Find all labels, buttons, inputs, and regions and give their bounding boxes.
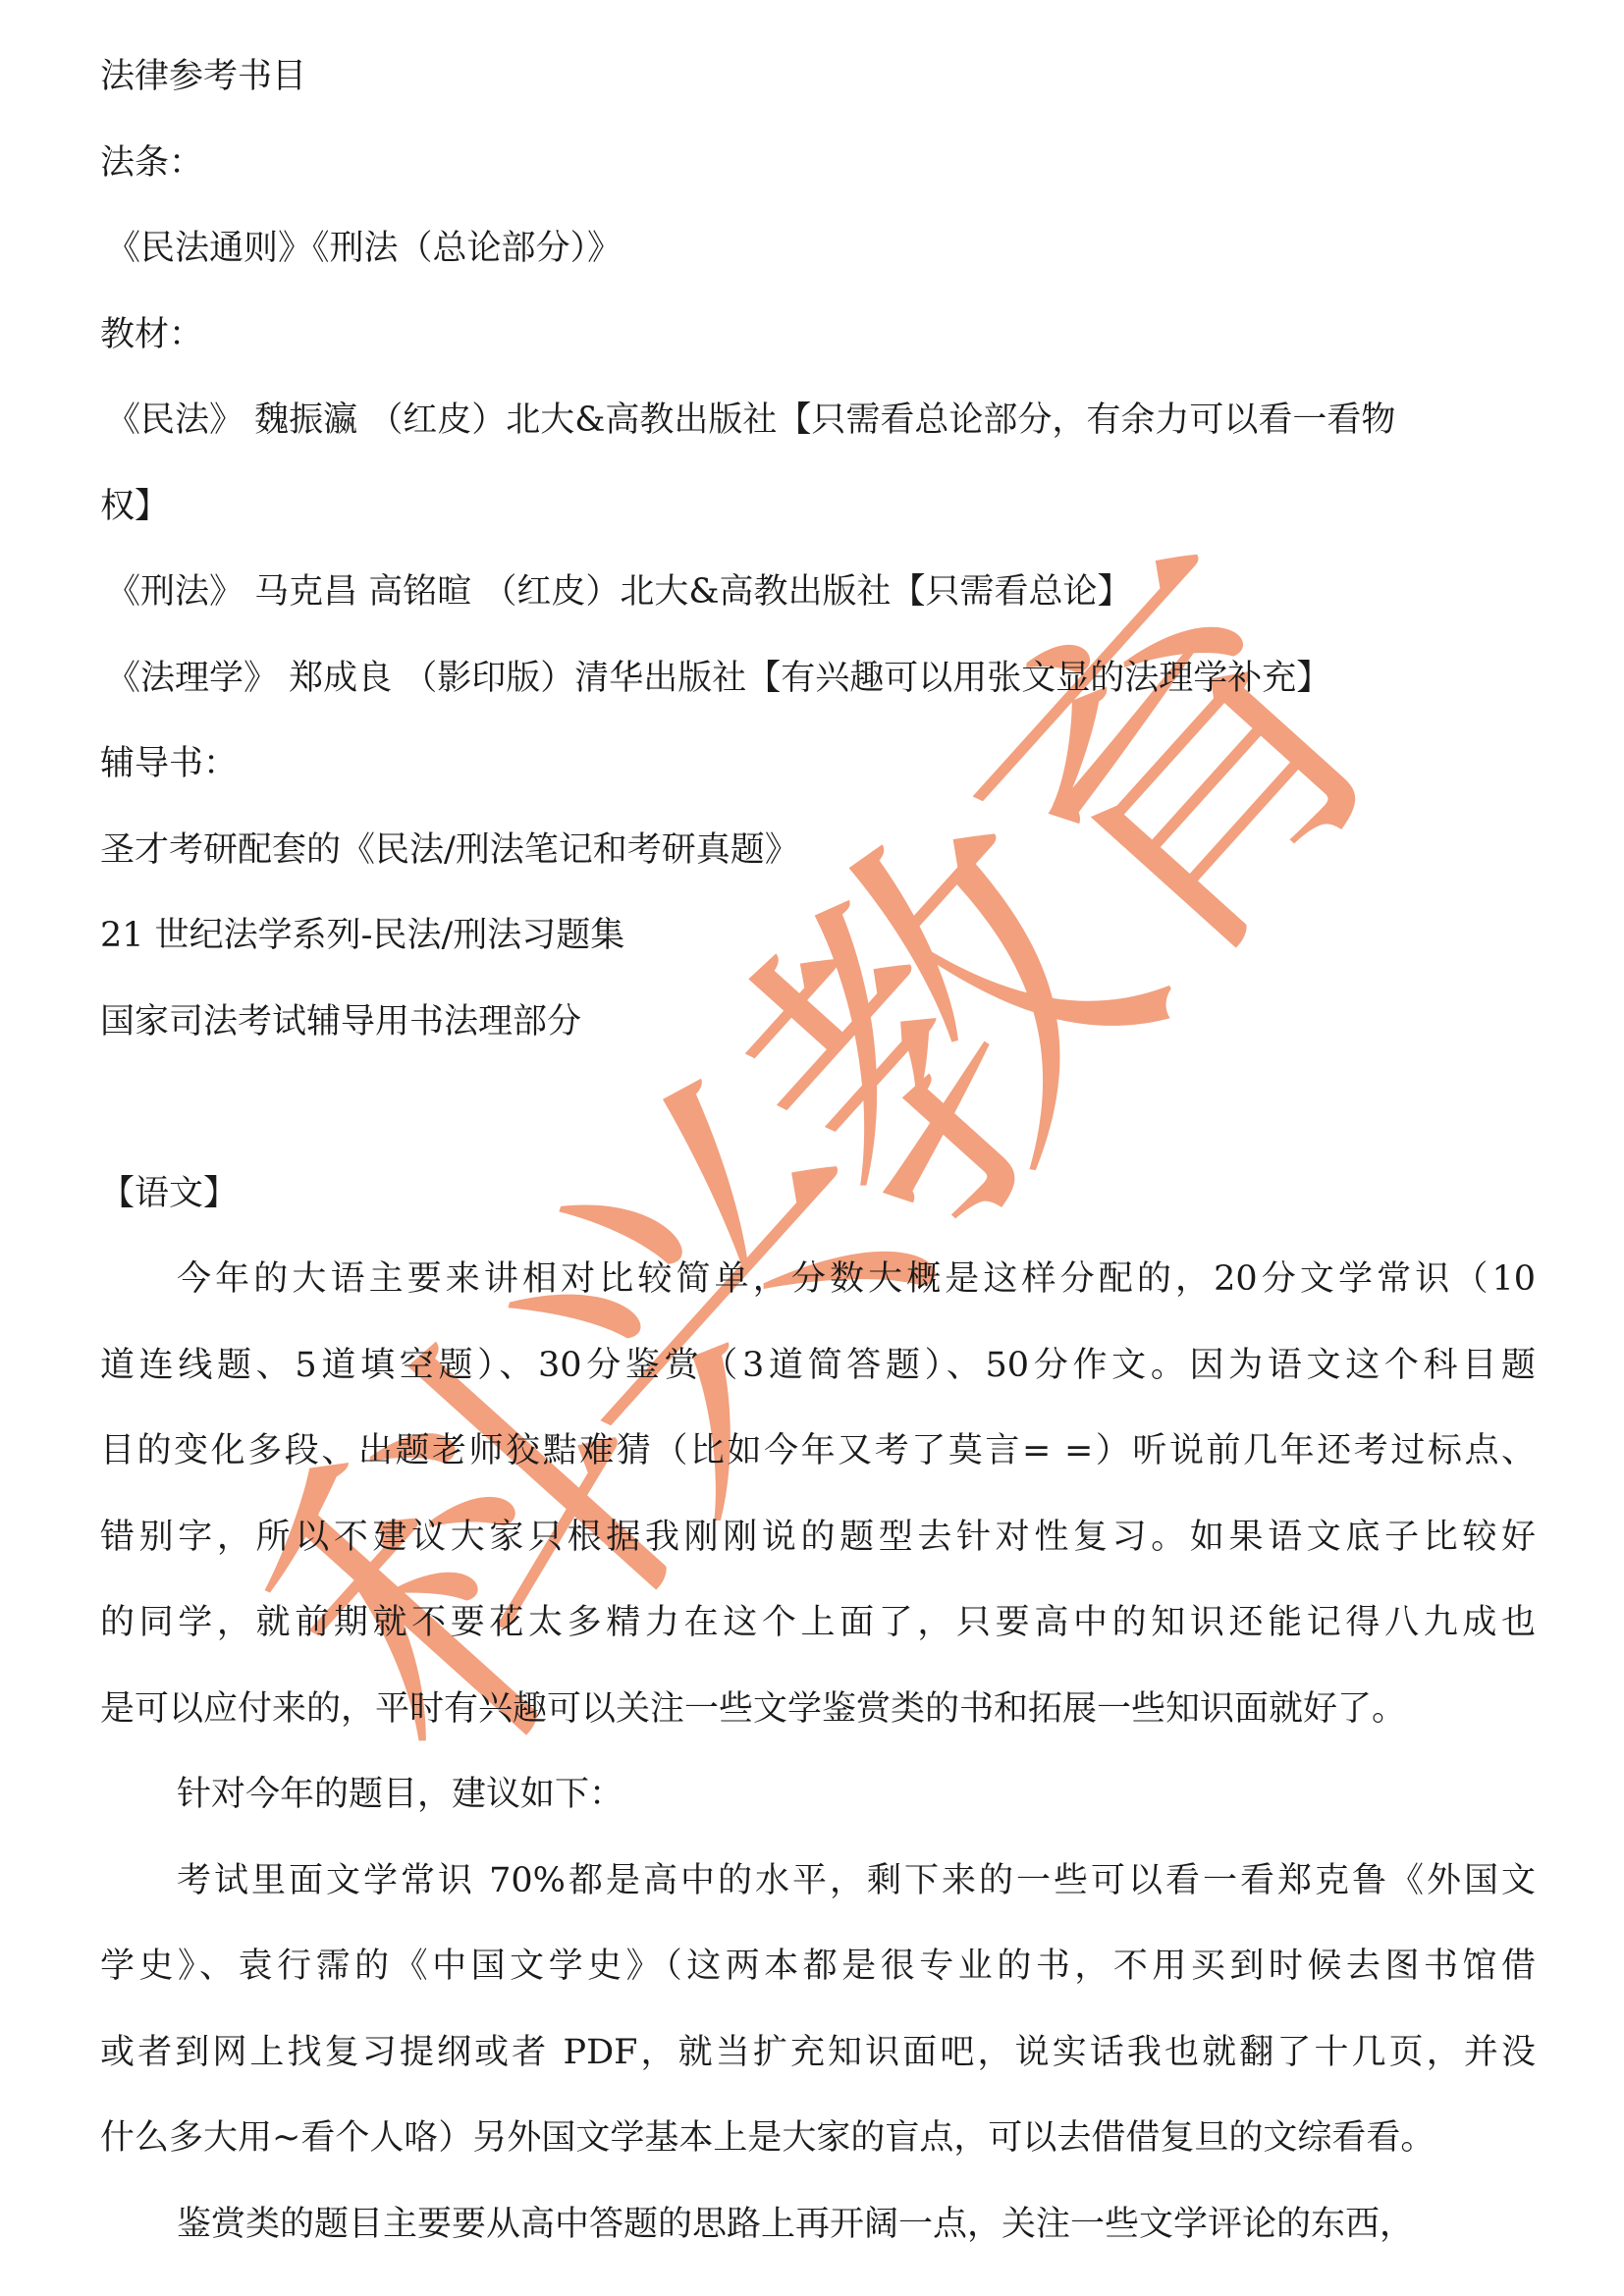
paragraph-line: 错别字，所以不建议大家只根据我刚刚说的题型去针对性复习。如果语文底子比较好 — [100, 1510, 1536, 1596]
paragraph-line: 目的变化多段、出题老师狡黠难猜（比如今年又考了莫言= =）听说前几年还考过标点、 — [100, 1423, 1536, 1510]
document-title: 法律参考书目 — [100, 49, 1536, 135]
paragraph-line: 是可以应付来的，平时有兴趣可以关注一些文学鉴赏类的书和拓展一些知识面就好了。 — [100, 1682, 1536, 1768]
chinese-paragraph-4: 鉴赏类的题目主要要从高中答题的思路上再开阔一点，关注一些文学评论的东西， — [100, 2197, 1536, 2283]
paragraph-line: 道连线题、5道填空题）、30分鉴赏（3道简答题）、50分作文。因为语文这个科目题 — [100, 1338, 1536, 1424]
paragraph-line: 今年的大语主要来讲相对比较简单，分数大概是这样分配的，20分文学常识（10 — [100, 1252, 1536, 1338]
guide-item: 圣才考研配套的《民法/刑法笔记和考研真题》 — [100, 823, 1536, 909]
document-body: 法律参考书目 法条： 《民法通则》《刑法（总论部分）》 教材： 《民法》 魏振瀛… — [100, 49, 1536, 2282]
spacer — [100, 1080, 1536, 1166]
paragraph-line: 考试里面文学常识 70%都是高中的水平，剩下来的一些可以看一看郑克鲁《外国文 — [100, 1853, 1536, 1940]
textbook-item-criminal-law: 《刑法》 马克昌 高铭暄 （红皮）北大&高教出版社【只需看总论】 — [100, 564, 1536, 651]
chinese-paragraph-3: 考试里面文学常识 70%都是高中的水平，剩下来的一些可以看一看郑克鲁《外国文 学… — [100, 1853, 1536, 2197]
paragraph-line: 或者到网上找复习提纲或者 PDF，就当扩充知识面吧，说实话我也就翻了十几页，并没 — [100, 2025, 1536, 2111]
chinese-section-heading: 【语文】 — [100, 1166, 1536, 1253]
guides-heading: 辅导书： — [100, 736, 1536, 823]
chinese-paragraph-2: 针对今年的题目，建议如下： — [100, 1767, 1536, 1853]
guide-item: 国家司法考试辅导用书法理部分 — [100, 994, 1536, 1081]
chinese-paragraph-1: 今年的大语主要来讲相对比较简单，分数大概是这样分配的，20分文学常识（10 道连… — [100, 1252, 1536, 1767]
statutes-heading: 法条： — [100, 135, 1536, 222]
textbooks-heading: 教材： — [100, 307, 1536, 394]
paragraph-line: 的同学，就前期就不要花太多精力在这个上面了，只要高中的知识还能记得八九成也 — [100, 1595, 1536, 1682]
textbook-item-jurisprudence: 《法理学》 郑成良 （影印版）清华出版社【有兴趣可以用张文显的法理学补充】 — [100, 651, 1536, 737]
paragraph-line: 鉴赏类的题目主要要从高中答题的思路上再开阔一点，关注一些文学评论的东西， — [100, 2197, 1536, 2283]
textbook-item-civil-law-cont: 权】 — [100, 479, 1536, 565]
paragraph-line: 学史》、袁行霈的《中国文学史》（这两本都是很专业的书，不用买到时候去图书馆借 — [100, 1939, 1536, 2025]
document-page: 科兴教育 法律参考书目 法条： 《民法通则》《刑法（总论部分）》 教材： 《民法… — [0, 0, 1624, 2296]
statutes-list: 《民法通则》《刑法（总论部分）》 — [100, 221, 1536, 307]
guide-item: 21 世纪法学系列-民法/刑法习题集 — [100, 908, 1536, 994]
paragraph-line: 什么多大用~看个人咯）另外国文学基本上是大家的盲点，可以去借借复旦的文综看看。 — [100, 2110, 1536, 2197]
textbook-item-civil-law: 《民法》 魏振瀛 （红皮）北大&高教出版社【只需看总论部分，有余力可以看一看物 — [100, 393, 1536, 479]
